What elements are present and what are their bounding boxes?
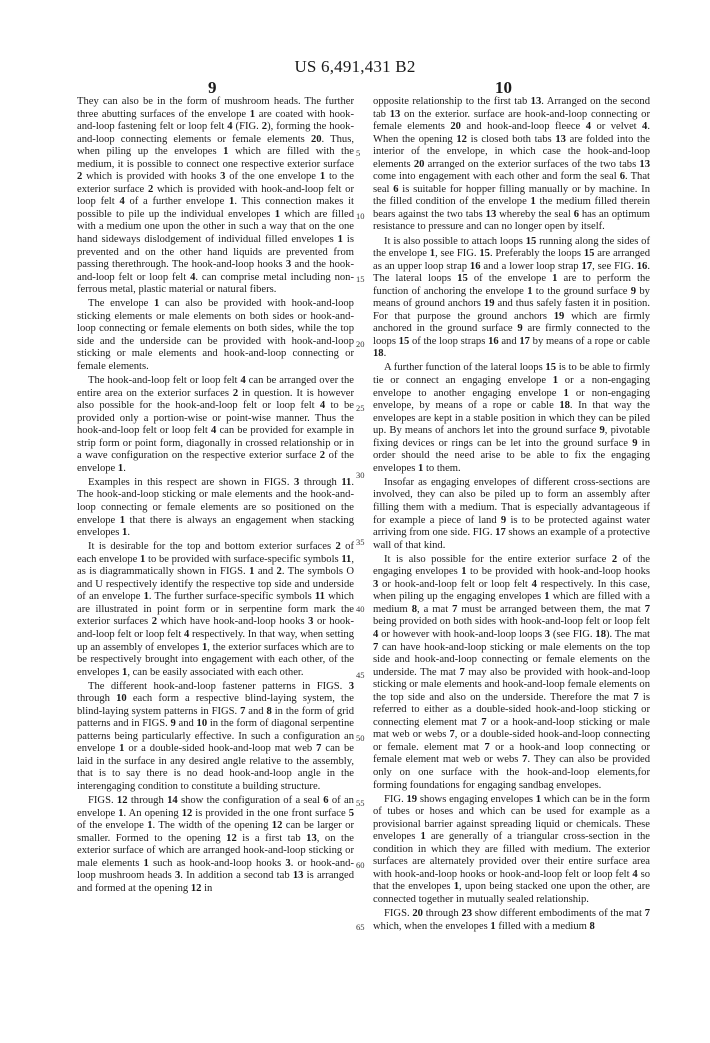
reference-numeral: 11 — [341, 477, 351, 488]
reference-numeral: 3 — [373, 579, 378, 590]
paragraph: It is also possible to attach loops 15 r… — [373, 236, 650, 361]
paragraph: FIG. 19 shows engaging envelopes 1 which… — [373, 794, 650, 907]
line-number: 65 — [356, 922, 365, 932]
reference-numeral: 17 — [582, 261, 593, 272]
reference-numeral: 19 — [406, 794, 417, 805]
reference-numeral: 9 — [517, 323, 522, 334]
reference-numeral: 2 — [320, 450, 325, 461]
line-number: 30 — [356, 470, 365, 480]
reference-numeral: 12 — [226, 833, 237, 844]
reference-numeral: 3 — [220, 171, 225, 182]
line-number: 45 — [356, 670, 365, 680]
reference-numeral: 9 — [171, 718, 176, 729]
reference-numeral: 7 — [373, 642, 378, 653]
reference-numeral: 11 — [341, 554, 351, 565]
reference-numeral: 20 — [311, 134, 322, 145]
reference-numeral: 17 — [519, 336, 530, 347]
reference-numeral: 1 — [147, 820, 152, 831]
reference-numeral: 1 — [530, 196, 535, 207]
reference-numeral: 1 — [527, 286, 532, 297]
patent-number: US 6,491,431 B2 — [0, 57, 710, 77]
reference-numeral: 13 — [639, 159, 650, 170]
reference-numeral: 15 — [479, 248, 490, 259]
line-number: 5 — [356, 148, 360, 158]
reference-numeral: 4 — [532, 579, 537, 590]
reference-numeral: 1 — [223, 146, 228, 157]
reference-numeral: 1 — [490, 921, 495, 932]
paragraph: Insofar as engaging envelopes of differe… — [373, 477, 650, 552]
paragraph: They can also be in the form of mushroom… — [77, 96, 354, 297]
paragraph: A further function of the lateral loops … — [373, 362, 650, 475]
paragraph: Examples in this respect are shown in FI… — [77, 477, 354, 540]
reference-numeral: 4 — [240, 375, 245, 386]
reference-numeral: 1 — [544, 591, 549, 602]
reference-numeral: 7 — [484, 742, 489, 753]
reference-numeral: 2 — [233, 388, 238, 399]
reference-numeral: 8 — [267, 706, 272, 717]
reference-numeral: 23 — [461, 908, 472, 919]
reference-numeral: 2 — [612, 554, 617, 565]
reference-numeral: 10 — [116, 693, 127, 704]
reference-numeral: 7 — [645, 908, 650, 919]
left-text-column: They can also be in the form of mushroom… — [77, 96, 354, 895]
reference-numeral: 19 — [484, 298, 495, 309]
reference-numeral: 20 — [412, 908, 423, 919]
reference-numeral: 11 — [315, 591, 325, 602]
reference-numeral: 9 — [632, 438, 637, 449]
reference-numeral: 4 — [642, 121, 647, 132]
reference-numeral: 8 — [412, 604, 417, 615]
reference-numeral: 1 — [118, 463, 123, 474]
reference-numeral: 1 — [418, 463, 423, 474]
reference-numeral: 6 — [620, 171, 625, 182]
line-number: 20 — [356, 339, 365, 349]
reference-numeral: 7 — [450, 729, 455, 740]
reference-numeral: 1 — [122, 667, 127, 678]
reference-numeral: 1 — [202, 642, 207, 653]
reference-numeral: 1 — [536, 794, 541, 805]
reference-numeral: 1 — [119, 743, 124, 754]
reference-numeral: 15 — [545, 362, 556, 373]
reference-numeral: 1 — [229, 196, 234, 207]
reference-numeral: 4 — [211, 425, 216, 436]
reference-numeral: 12 — [182, 808, 193, 819]
reference-numeral: 18 — [559, 400, 570, 411]
reference-numeral: 1 — [461, 566, 466, 577]
reference-numeral: 9 — [600, 425, 605, 436]
reference-numeral: 1 — [140, 554, 145, 565]
reference-numeral: 1 — [118, 808, 123, 819]
reference-numeral: 13 — [306, 833, 317, 844]
reference-numeral: 7 — [645, 604, 650, 615]
reference-numeral: 2 — [335, 541, 340, 552]
reference-numeral: 13 — [486, 209, 497, 220]
reference-numeral: 13 — [293, 870, 304, 881]
reference-numeral: 13 — [390, 109, 401, 120]
reference-numeral: 7 — [481, 717, 486, 728]
reference-numeral: 7 — [633, 692, 638, 703]
reference-numeral: 6 — [574, 209, 579, 220]
line-number: 40 — [356, 604, 365, 614]
reference-numeral: 12 — [117, 795, 128, 806]
paragraph: The envelope 1 can also be provided with… — [77, 298, 354, 373]
reference-numeral: 1 — [249, 566, 254, 577]
reference-numeral: 6 — [393, 184, 398, 195]
line-number: 15 — [356, 274, 365, 284]
reference-numeral: 20 — [450, 121, 461, 132]
reference-numeral: 15 — [526, 236, 537, 247]
paragraph: It is also possible for the entire exter… — [373, 554, 650, 792]
reference-numeral: 18 — [595, 629, 606, 640]
reference-numeral: 3 — [545, 629, 550, 640]
right-column-number: 10 — [495, 78, 512, 98]
reference-numeral: 7 — [522, 754, 527, 765]
reference-numeral: 4 — [632, 869, 637, 880]
paragraph: The different hook-and-loop fastener pat… — [77, 681, 354, 794]
reference-numeral: 3 — [308, 616, 313, 627]
line-number: 50 — [356, 733, 365, 743]
reference-numeral: 15 — [399, 336, 410, 347]
reference-numeral: 1 — [275, 209, 280, 220]
reference-numeral: 3 — [175, 870, 180, 881]
reference-numeral: 1 — [122, 527, 127, 538]
paragraph: FIGS. 12 through 14 show the configurati… — [77, 795, 354, 895]
reference-numeral: 18 — [373, 348, 384, 359]
reference-numeral: 14 — [167, 795, 178, 806]
reference-numeral: 1 — [420, 831, 425, 842]
reference-numeral: 6 — [323, 795, 328, 806]
reference-numeral: 3 — [286, 259, 291, 270]
reference-numeral: 7 — [316, 743, 321, 754]
reference-numeral: 2 — [77, 171, 82, 182]
paragraph: The hook-and-loop felt or loop felt 4 ca… — [77, 375, 354, 475]
reference-numeral: 16 — [637, 261, 648, 272]
reference-numeral: 16 — [470, 261, 481, 272]
reference-numeral: 5 — [349, 808, 354, 819]
line-number: 55 — [356, 798, 365, 808]
line-number: 10 — [356, 211, 365, 221]
reference-numeral: 7 — [460, 667, 465, 678]
left-column-number: 9 — [208, 78, 217, 98]
reference-numeral: 1 — [454, 881, 459, 892]
reference-numeral: 7 — [452, 604, 457, 615]
reference-numeral: 15 — [457, 273, 468, 284]
reference-numeral: 2 — [148, 184, 153, 195]
reference-numeral: 7 — [240, 706, 245, 717]
line-number: 25 — [356, 403, 365, 413]
right-text-column: opposite relationship to the first tab 1… — [373, 96, 650, 933]
reference-numeral: 1 — [120, 515, 125, 526]
reference-numeral: 1 — [320, 171, 325, 182]
paragraph: FIGS. 20 through 23 show different embod… — [373, 908, 650, 933]
reference-numeral: 4 — [586, 121, 591, 132]
reference-numeral: 15 — [584, 248, 595, 259]
reference-numeral: 2 — [277, 566, 282, 577]
reference-numeral: 12 — [191, 883, 202, 894]
reference-numeral: 2 — [262, 121, 267, 132]
reference-numeral: 1 — [430, 248, 435, 259]
reference-numeral: 4 — [184, 629, 189, 640]
reference-numeral: 1 — [250, 109, 255, 120]
reference-numeral: 1 — [553, 375, 558, 386]
reference-numeral: 3 — [349, 681, 354, 692]
reference-numeral: 13 — [531, 96, 542, 107]
reference-numeral: 4 — [320, 400, 325, 411]
reference-numeral: 10 — [197, 718, 208, 729]
reference-numeral: 9 — [501, 515, 506, 526]
line-number: 35 — [356, 537, 365, 547]
reference-numeral: 2 — [152, 616, 157, 627]
reference-numeral: 20 — [414, 159, 425, 170]
reference-numeral: 19 — [554, 311, 565, 322]
reference-numeral: 17 — [495, 527, 506, 538]
reference-numeral: 1 — [144, 591, 149, 602]
reference-numeral: 8 — [590, 921, 595, 932]
reference-numeral: 4 — [119, 196, 124, 207]
reference-numeral: 1 — [154, 298, 159, 309]
reference-numeral: 4 — [190, 272, 195, 283]
reference-numeral: 3 — [294, 477, 299, 488]
reference-numeral: 9 — [631, 286, 636, 297]
reference-numeral: 1 — [564, 388, 569, 399]
paragraph: opposite relationship to the first tab 1… — [373, 96, 650, 234]
reference-numeral: 13 — [555, 134, 566, 145]
reference-numeral: 1 — [552, 273, 557, 284]
reference-numeral: 4 — [227, 121, 232, 132]
reference-numeral: 1 — [144, 858, 149, 869]
reference-numeral: 12 — [456, 134, 467, 145]
reference-numeral: 4 — [373, 629, 378, 640]
reference-numeral: 3 — [285, 858, 290, 869]
reference-numeral: 12 — [272, 820, 283, 831]
line-number: 60 — [356, 860, 365, 870]
reference-numeral: 1 — [338, 234, 343, 245]
reference-numeral: 16 — [488, 336, 499, 347]
paragraph: It is desirable for the top and bottom e… — [77, 541, 354, 679]
